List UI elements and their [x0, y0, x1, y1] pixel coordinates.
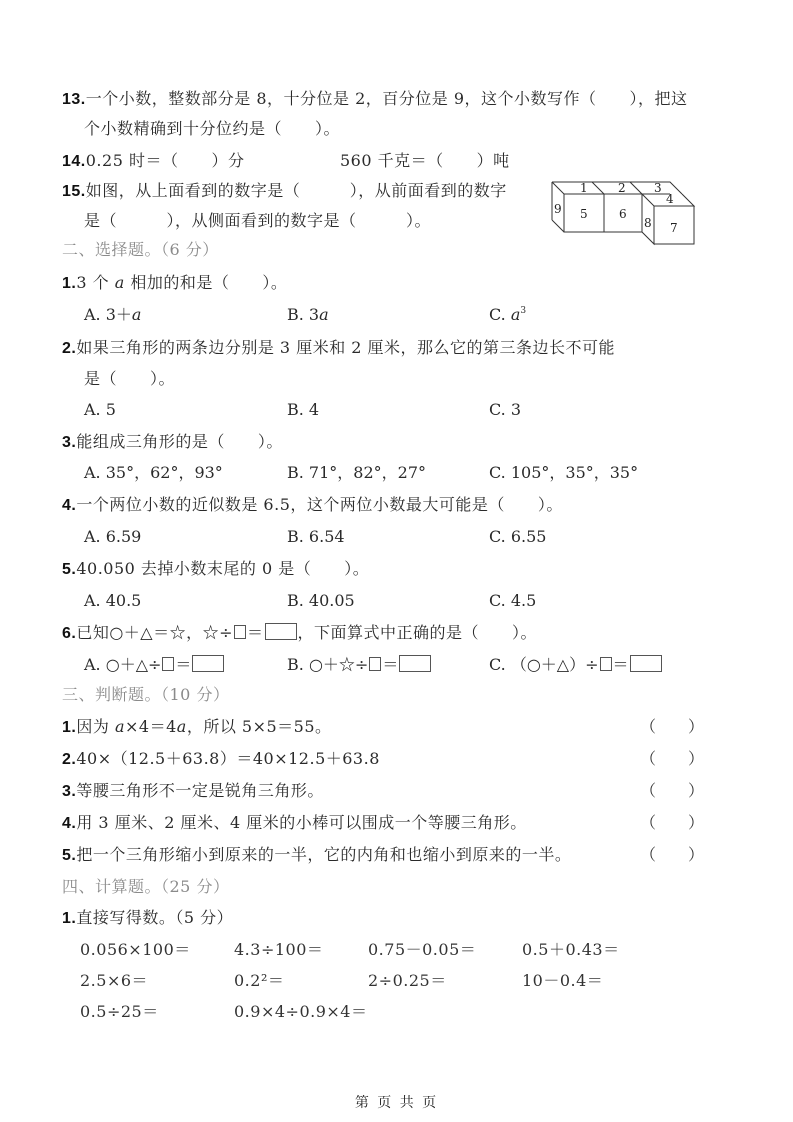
- cube-figure: 1 2 3 4 5 6 7 9 8: [550, 180, 698, 248]
- mc3-option-c[interactable]: C. 105°，35°，35°: [489, 462, 638, 484]
- front-face-5: 5: [580, 207, 588, 221]
- tf-question-5: 5.把一个三角形缩小到原来的一半，它的内角和也缩小到原来的一半。: [62, 844, 571, 867]
- answer-box-icon: [630, 655, 662, 672]
- question-14: 14.0.25 时＝（ ）分: [62, 150, 244, 173]
- square-symbol-icon: [162, 657, 174, 671]
- calc-item[interactable]: 0.5＋0.43＝: [522, 939, 620, 961]
- tf-answer-blank-3[interactable]: （ ）: [640, 780, 704, 802]
- question-number: 2.: [62, 340, 76, 357]
- mc5-option-b[interactable]: B. 40.05: [287, 590, 355, 612]
- mc2-option-a[interactable]: A. 5: [84, 399, 116, 421]
- mc1-option-a[interactable]: A. 3＋a: [84, 304, 141, 326]
- tf-question-3: 3.等腰三角形不一定是锐角三角形。: [62, 780, 324, 803]
- calc-item[interactable]: 4.3÷100＝: [234, 939, 323, 961]
- mc-question-4: 4.一个两位小数的近似数是 6.5，这个两位小数最大可能是（ ）。: [62, 494, 563, 517]
- question-number: 3.: [62, 434, 76, 451]
- tf-question-4: 4.用 3 厘米、2 厘米、4 厘米的小棒可以围成一个等腰三角形。: [62, 812, 527, 835]
- mc-question-2: 2.如果三角形的两条边分别是 3 厘米和 2 厘米，那么它的第三条边长不可能: [62, 337, 615, 360]
- question-number: 5.: [62, 561, 76, 578]
- front-face-6: 6: [619, 207, 627, 221]
- question-13-line2: 个小数精确到十分位约是（ ）。: [84, 118, 340, 140]
- question-number: 4.: [62, 497, 76, 514]
- section-title-multiple-choice: 二、选择题。（6 分）: [62, 239, 219, 261]
- side-face-9: 9: [554, 202, 562, 216]
- answer-box-icon: [192, 655, 224, 672]
- mc2-option-c[interactable]: C. 3: [489, 399, 521, 421]
- calc-item[interactable]: 2÷0.25＝: [368, 970, 447, 992]
- question-number: 6.: [62, 625, 76, 642]
- top-face-1: 1: [580, 181, 588, 195]
- mc4-option-c[interactable]: C. 6.55: [489, 526, 546, 548]
- question-15-line2: 是（ ），从侧面看到的数字是（ ）。: [84, 210, 431, 232]
- top-face-3: 3: [654, 181, 662, 195]
- square-symbol-icon: [234, 625, 246, 639]
- mc-question-1: 1.3 个 a 相加的和是（ ）。: [62, 272, 287, 295]
- square-symbol-icon: [600, 657, 612, 671]
- question-number: 1.: [62, 275, 76, 292]
- front-face-7: 7: [670, 221, 678, 235]
- mc3-option-a[interactable]: A. 35°，62°，93°: [84, 462, 223, 484]
- calc-question-1: 1.直接写得数。（5 分）: [62, 907, 233, 930]
- question-number: 13.: [62, 91, 86, 108]
- question-text: 如图，从上面看到的数字是（ ），从前面看到的数字: [86, 181, 507, 200]
- calc-item[interactable]: 0.056×100＝: [80, 939, 191, 961]
- question-13: 13.一个小数，整数部分是 8，十分位是 2，百分位是 9，这个小数写作（ ），…: [62, 88, 688, 111]
- mc6-option-a[interactable]: A. ○＋△÷＝: [84, 654, 225, 676]
- question-text-part1: 0.25 时＝（ ）分: [86, 151, 245, 170]
- mc6-option-b[interactable]: B. ○＋☆÷＝: [287, 654, 432, 676]
- mc2-option-b[interactable]: B. 4: [287, 399, 319, 421]
- mc1-option-c[interactable]: C. a3: [489, 304, 526, 326]
- calc-item[interactable]: 0.5÷25＝: [80, 1001, 159, 1023]
- side-face-8: 8: [644, 216, 652, 230]
- mc4-option-b[interactable]: B. 6.54: [287, 526, 345, 548]
- mc4-option-a[interactable]: A. 6.59: [84, 526, 141, 548]
- mc-question-5: 5.40.050 去掉小数末尾的 0 是（ ）。: [62, 558, 369, 581]
- tf-answer-blank-2[interactable]: （ ）: [640, 748, 704, 770]
- mc1-option-b[interactable]: B. 3a: [287, 304, 329, 326]
- page-footer: 第 页 共 页: [0, 1092, 793, 1112]
- answer-box-icon: [399, 655, 431, 672]
- mc5-option-a[interactable]: A. 40.5: [84, 590, 141, 612]
- question-text: 一个小数，整数部分是 8，十分位是 2，百分位是 9，这个小数写作（ ），把这: [86, 89, 688, 108]
- calc-item[interactable]: 0.2²＝: [234, 970, 284, 992]
- mc3-option-b[interactable]: B. 71°，82°，27°: [287, 462, 426, 484]
- question-14-part2: 560 千克＝（ ）吨: [340, 150, 510, 172]
- calc-item[interactable]: 0.9×4÷0.9×4＝: [234, 1001, 367, 1023]
- top-face-2: 2: [618, 181, 626, 195]
- tf-question-2: 2.40×（12.5＋63.8）＝40×12.5＋63.8: [62, 748, 380, 771]
- mc6-option-c[interactable]: C. （○＋△）÷＝: [489, 654, 663, 676]
- tf-question-1: 1.因为 a×4＝4a，所以 5×5＝55。: [62, 716, 332, 739]
- calc-item[interactable]: 0.75－0.05＝: [368, 939, 476, 961]
- calc-item[interactable]: 2.5×6＝: [80, 970, 148, 992]
- tf-answer-blank-4[interactable]: （ ）: [640, 812, 704, 834]
- section-title-true-false: 三、判断题。（10 分）: [62, 684, 229, 706]
- tf-answer-blank-5[interactable]: （ ）: [640, 844, 704, 866]
- square-symbol-icon: [369, 657, 381, 671]
- mc-question-2-line2: 是（ ）。: [84, 368, 175, 390]
- tf-answer-blank-1[interactable]: （ ）: [640, 716, 704, 738]
- mc-question-6: 6.已知○＋△＝☆，☆÷＝，下面算式中正确的是（ ）。: [62, 622, 537, 645]
- top-face-4: 4: [666, 192, 674, 206]
- calc-item[interactable]: 10－0.4＝: [522, 970, 603, 992]
- mc5-option-c[interactable]: C. 4.5: [489, 590, 536, 612]
- mc-question-3: 3.能组成三角形的是（ ）。: [62, 431, 283, 454]
- question-15: 15.如图，从上面看到的数字是（ ），从前面看到的数字: [62, 180, 507, 203]
- question-number: 14.: [62, 153, 86, 170]
- question-number: 15.: [62, 183, 86, 200]
- answer-box-icon: [265, 623, 297, 640]
- section-title-calculation: 四、计算题。（25 分）: [62, 876, 229, 898]
